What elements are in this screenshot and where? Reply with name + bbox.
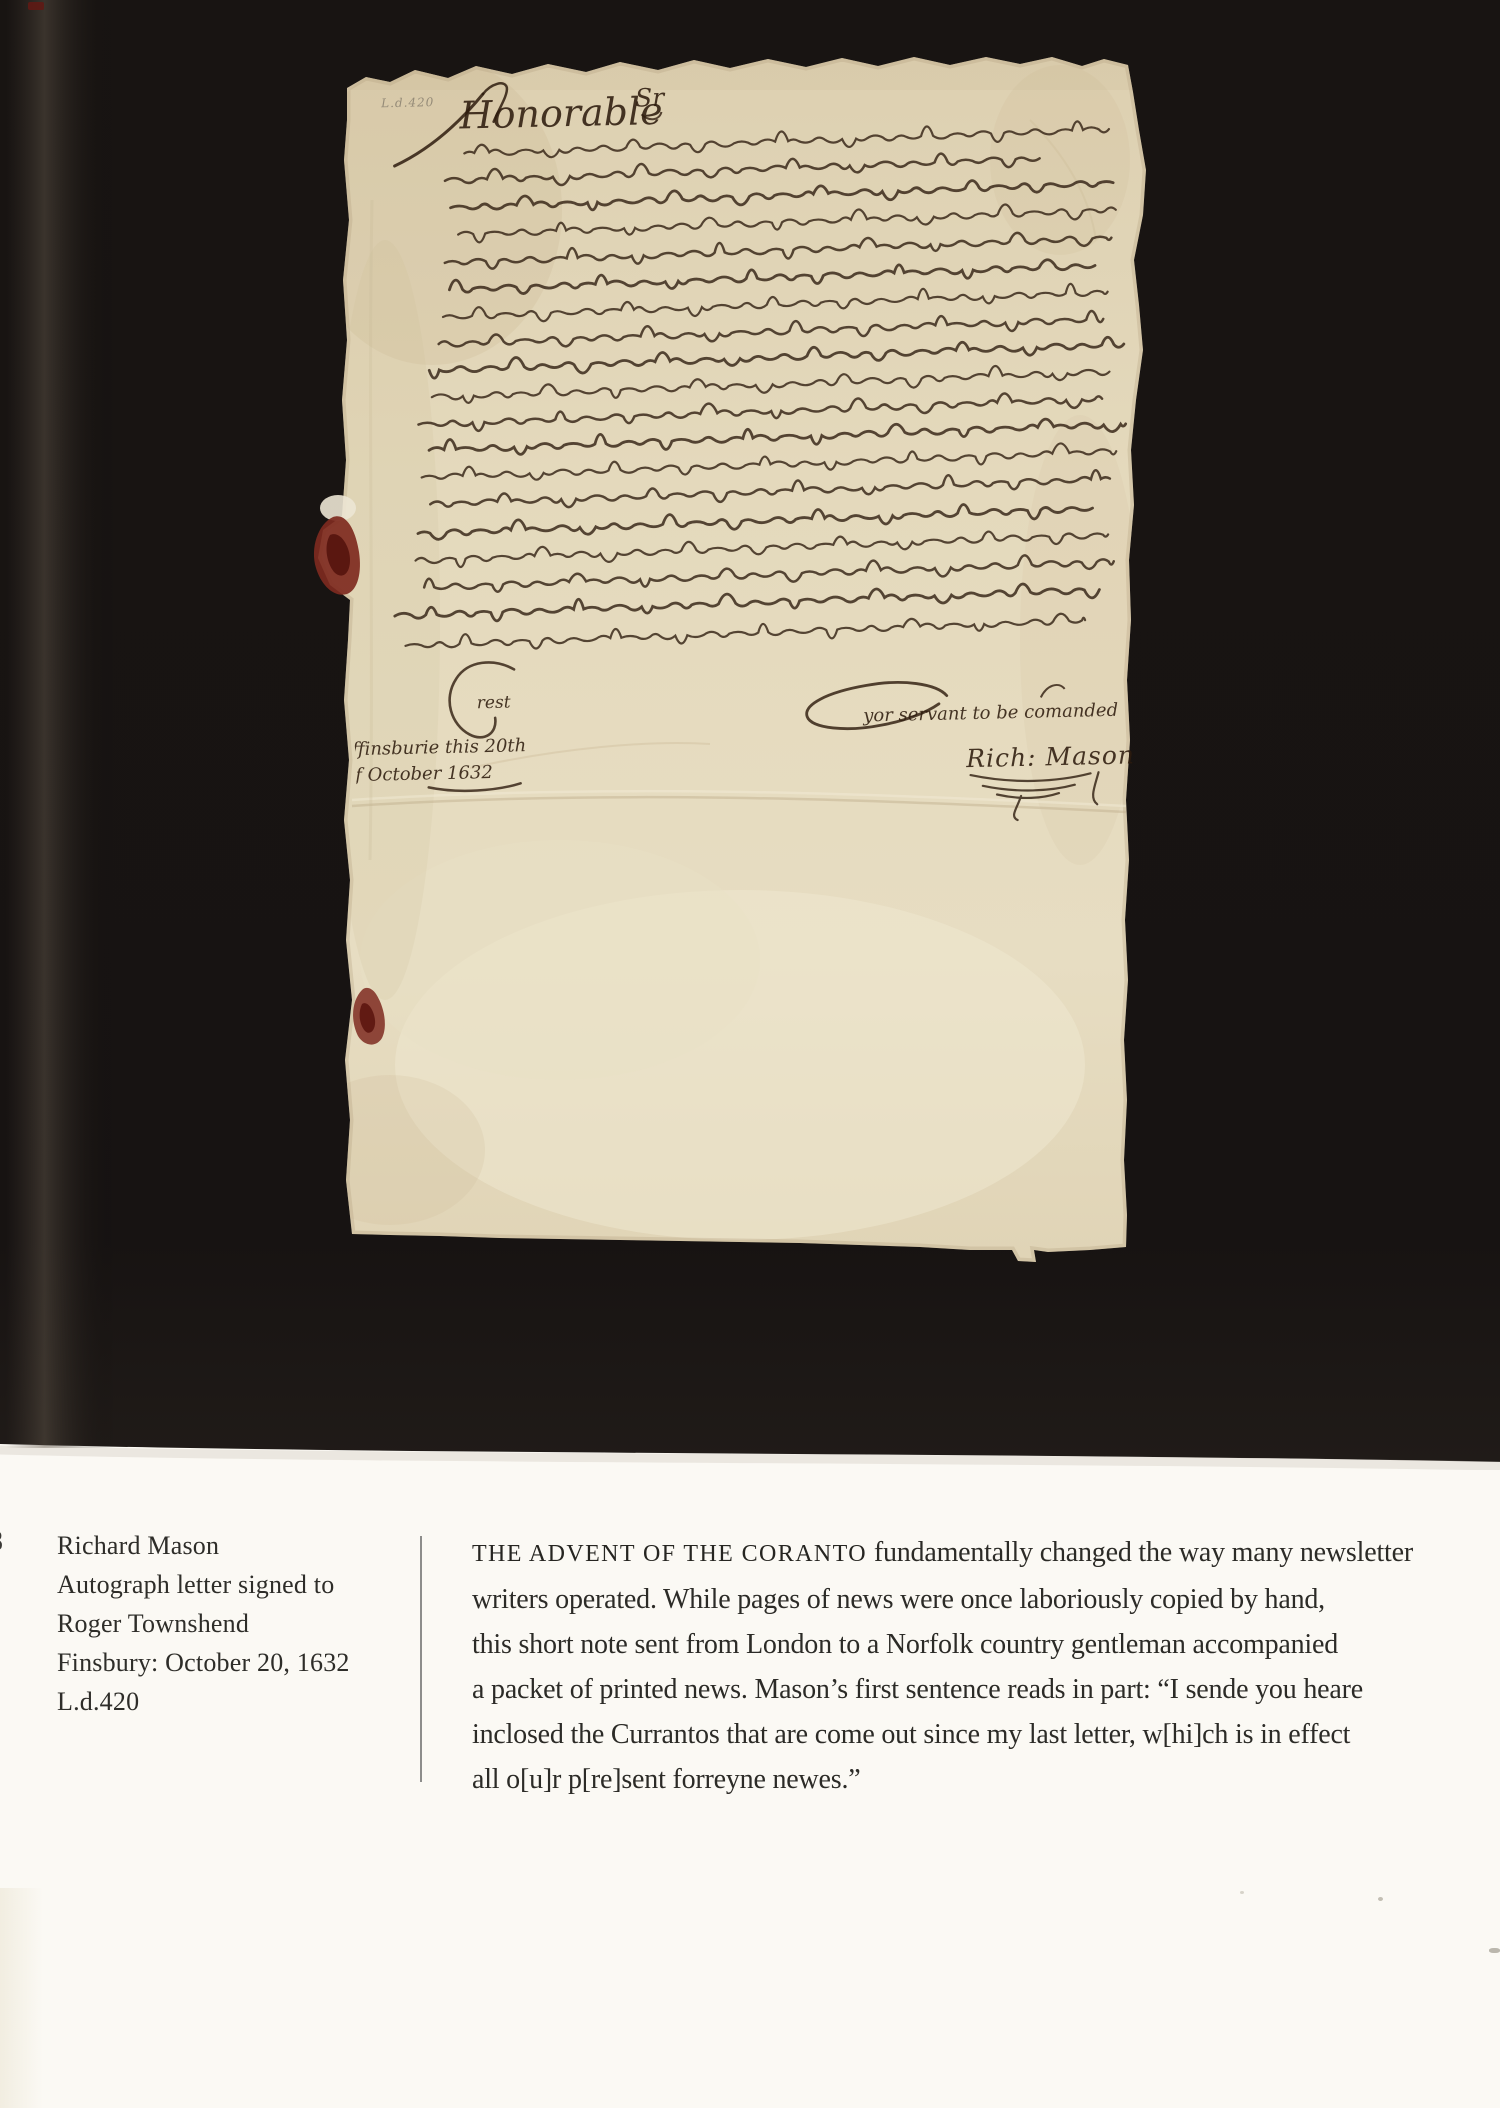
catalog-author: Richard Mason xyxy=(57,1526,417,1565)
caption-divider-rule xyxy=(420,1536,422,1782)
manuscript-photo-svg: L.d.420 Honorable Sr rest yor servant to… xyxy=(0,0,1500,1470)
dust-speck xyxy=(1489,1948,1500,1953)
catalog-recipient: Roger Townshend xyxy=(57,1604,417,1643)
page-edge-shading xyxy=(0,1888,48,2108)
signature-text: Rich: Mason xyxy=(965,740,1135,773)
dateline-place: ffinsburie this 20th xyxy=(350,735,527,760)
dust-speck xyxy=(1240,1891,1244,1894)
essay-lead-small-caps: THE ADVENT OF THE CORANTO xyxy=(472,1541,867,1567)
catalog-entry: Richard Mason Autograph letter signed to… xyxy=(57,1526,417,1721)
dateline-date: of October 1632 xyxy=(344,762,493,786)
essay-text: THE ADVENT OF THE CORANTO fundamentally … xyxy=(472,1530,1482,1802)
letter-paper: L.d.420 Honorable Sr rest yor servant to… xyxy=(295,55,1146,1262)
salutation-suffix: Sr xyxy=(635,83,667,113)
dust-speck xyxy=(1378,1897,1383,1901)
book-page: { "page_number": "8", "catalog_entry": {… xyxy=(0,0,1500,2108)
essay-line: writers operated. While pages of news we… xyxy=(472,1577,1482,1622)
manuscript-photograph: L.d.420 Honorable Sr rest yor servant to… xyxy=(0,0,1500,1470)
essay-line: inclosed the Currantos that are come out… xyxy=(472,1712,1482,1757)
red-speck-top xyxy=(28,2,44,10)
essay-line: THE ADVENT OF THE CORANTO fundamentally … xyxy=(472,1530,1482,1577)
pencil-shelfmark: L.d.420 xyxy=(380,95,434,110)
photo-left-light-band xyxy=(6,0,116,1448)
catalog-place-date: Finsbury: October 20, 1632 xyxy=(57,1643,417,1682)
essay-line-text: fundamentally changed the way many newsl… xyxy=(867,1537,1413,1568)
salutation-text: Honorable xyxy=(458,89,663,138)
essay-line: a packet of printed news. Mason’s first … xyxy=(472,1667,1482,1712)
essay-line: this short note sent from London to a No… xyxy=(472,1622,1482,1667)
rest-word: rest xyxy=(477,693,511,714)
essay-line: all o[u]r p[re]sent forreyne newes.” xyxy=(472,1757,1482,1802)
catalog-shelfmark: L.d.420 xyxy=(57,1682,417,1721)
page-number: 8 xyxy=(0,1526,3,1558)
paper-crease xyxy=(370,200,372,860)
catalog-item-type: Autograph letter signed to xyxy=(57,1565,417,1604)
